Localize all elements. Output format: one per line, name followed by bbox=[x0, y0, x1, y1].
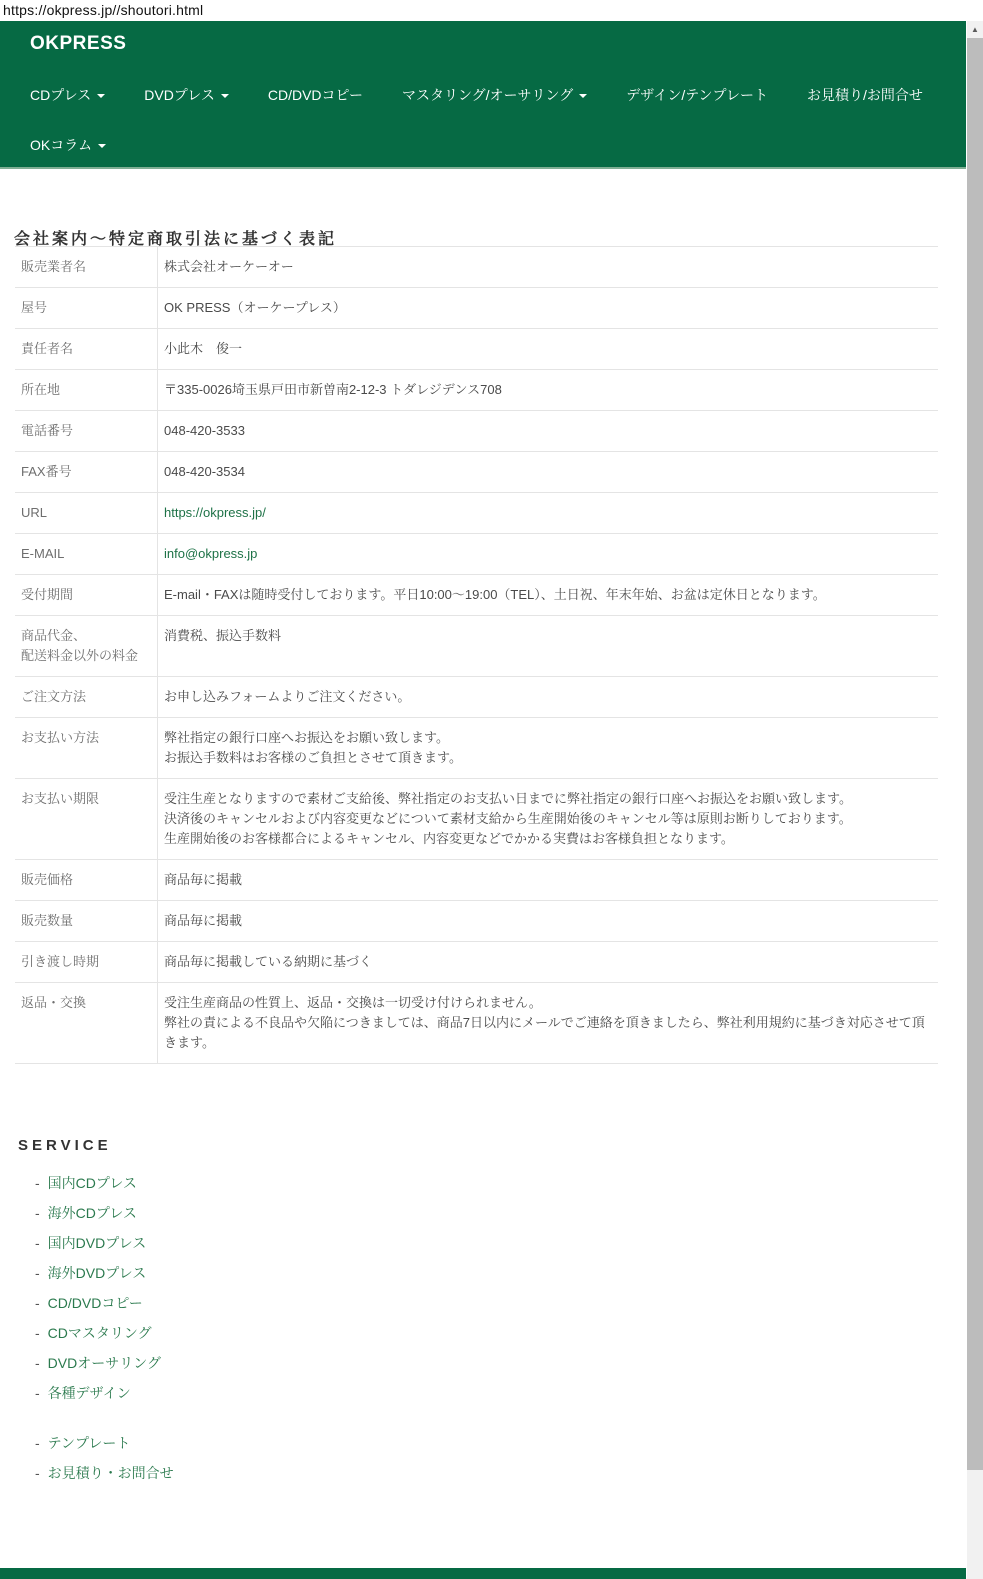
table-row: 屋号OK PRESS（オーケープレス） bbox=[15, 287, 938, 328]
row-value: 受注生産となりますので素材ご支給後、弊社指定のお支払い日までに弊社指定の銀行口座… bbox=[157, 779, 938, 859]
service-link[interactable]: お見積り・お問合せ bbox=[48, 1463, 174, 1483]
service-link[interactable]: 海外DVDプレス bbox=[48, 1263, 147, 1283]
service-link[interactable]: DVDオーサリング bbox=[48, 1353, 161, 1373]
service-group: -テンプレート-お見積り・お問合せ bbox=[35, 1428, 174, 1488]
main-nav-row1: CDプレスDVDプレスCD/DVDコピーマスタリング/オーサリングデザイン/テン… bbox=[30, 85, 923, 105]
row-value: https://okpress.jp/ bbox=[157, 493, 938, 533]
service-link[interactable]: CD/DVDコピー bbox=[48, 1293, 143, 1313]
row-value: 小此木 俊一 bbox=[157, 329, 938, 369]
service-list-item: -DVDオーサリング bbox=[35, 1348, 174, 1378]
table-row: お支払い期限受注生産となりますので素材ご支給後、弊社指定のお支払い日までに弊社指… bbox=[15, 778, 938, 859]
list-dash: - bbox=[35, 1325, 40, 1341]
row-value: 株式会社オーケーオー bbox=[157, 247, 938, 287]
service-link-list: -国内CDプレス-海外CDプレス-国内DVDプレス-海外DVDプレス-CD/DV… bbox=[35, 1168, 174, 1508]
service-list-item: -海外CDプレス bbox=[35, 1198, 174, 1228]
list-dash: - bbox=[35, 1355, 40, 1371]
table-row: URLhttps://okpress.jp/ bbox=[15, 492, 938, 533]
table-row: ご注文方法お申し込みフォームよりご注文ください。 bbox=[15, 676, 938, 717]
scrollbar-thumb[interactable] bbox=[967, 38, 983, 1470]
row-label: FAX番号 bbox=[15, 452, 157, 492]
list-dash: - bbox=[35, 1435, 40, 1451]
service-list-item: -海外DVDプレス bbox=[35, 1258, 174, 1288]
service-list-item: -お見積り・お問合せ bbox=[35, 1458, 174, 1488]
nav-item[interactable]: マスタリング/オーサリング bbox=[402, 85, 587, 105]
list-dash: - bbox=[35, 1295, 40, 1311]
row-value-link[interactable]: info@okpress.jp bbox=[164, 546, 257, 561]
row-value: info@okpress.jp bbox=[157, 534, 938, 574]
table-row: FAX番号048-420-3534 bbox=[15, 451, 938, 492]
brand-logo[interactable]: OKPRESS bbox=[30, 33, 126, 55]
row-label: お支払い期限 bbox=[15, 779, 157, 859]
service-list-item: -CD/DVDコピー bbox=[35, 1288, 174, 1318]
table-row: 受付期間E-mail・FAXは随時受付しております。平日10:00～19:00（… bbox=[15, 574, 938, 615]
list-dash: - bbox=[35, 1205, 40, 1221]
list-dash: - bbox=[35, 1175, 40, 1191]
row-value-link[interactable]: https://okpress.jp/ bbox=[164, 505, 266, 520]
row-value: 048-420-3533 bbox=[157, 411, 938, 451]
site-header: OKPRESS CDプレスDVDプレスCD/DVDコピーマスタリング/オーサリン… bbox=[0, 21, 966, 169]
row-value: 商品毎に掲載している納期に基づく bbox=[157, 942, 938, 982]
list-dash: - bbox=[35, 1235, 40, 1251]
nav-item[interactable]: CD/DVDコピー bbox=[268, 85, 363, 105]
nav-item[interactable]: DVDプレス bbox=[144, 85, 229, 105]
nav-item[interactable]: OKコラム bbox=[30, 135, 106, 155]
row-label: 電話番号 bbox=[15, 411, 157, 451]
row-label: 返品・交換 bbox=[15, 983, 157, 1063]
table-row: 責任者名小此木 俊一 bbox=[15, 328, 938, 369]
row-label: お支払い方法 bbox=[15, 718, 157, 778]
row-value: OK PRESS（オーケープレス） bbox=[157, 288, 938, 328]
caret-down-icon bbox=[221, 94, 229, 98]
company-info-table: 販売業者名株式会社オーケーオー屋号OK PRESS（オーケープレス）責任者名小此… bbox=[15, 246, 938, 1064]
table-row: 電話番号048-420-3533 bbox=[15, 410, 938, 451]
address-url-text: https://okpress.jp//shoutori.html bbox=[3, 2, 203, 18]
service-link[interactable]: 各種デザイン bbox=[48, 1383, 131, 1403]
row-label: 責任者名 bbox=[15, 329, 157, 369]
row-value: 商品毎に掲載 bbox=[157, 901, 938, 941]
row-value: お申し込みフォームよりご注文ください。 bbox=[157, 677, 938, 717]
caret-down-icon bbox=[98, 144, 106, 148]
service-list-item: -国内DVDプレス bbox=[35, 1228, 174, 1258]
row-label: E-MAIL bbox=[15, 534, 157, 574]
row-label: 商品代金、配送料金以外の料金 bbox=[15, 616, 157, 676]
service-link[interactable]: 国内DVDプレス bbox=[48, 1233, 147, 1253]
list-dash: - bbox=[35, 1385, 40, 1401]
nav-item[interactable]: CDプレス bbox=[30, 85, 105, 105]
vertical-scrollbar[interactable]: ▲ bbox=[967, 21, 983, 1579]
table-row: 引き渡し時期商品毎に掲載している納期に基づく bbox=[15, 941, 938, 982]
row-label: 引き渡し時期 bbox=[15, 942, 157, 982]
table-row: E-MAILinfo@okpress.jp bbox=[15, 533, 938, 574]
caret-down-icon bbox=[97, 94, 105, 98]
row-label: 屋号 bbox=[15, 288, 157, 328]
footer-bar bbox=[0, 1568, 966, 1579]
caret-down-icon bbox=[579, 94, 587, 98]
service-link[interactable]: 国内CDプレス bbox=[48, 1173, 137, 1193]
table-row: 販売業者名株式会社オーケーオー bbox=[15, 246, 938, 287]
list-dash: - bbox=[35, 1265, 40, 1281]
table-row: 販売数量商品毎に掲載 bbox=[15, 900, 938, 941]
service-list-item: -CDマスタリング bbox=[35, 1318, 174, 1348]
row-label: 受付期間 bbox=[15, 575, 157, 615]
service-list-item: -国内CDプレス bbox=[35, 1168, 174, 1198]
row-value: 商品毎に掲載 bbox=[157, 860, 938, 900]
service-link[interactable]: 海外CDプレス bbox=[48, 1203, 137, 1223]
row-value: 048-420-3534 bbox=[157, 452, 938, 492]
row-value: 受注生産商品の性質上、返品・交換は一切受け付けられません。弊社の責による不良品や… bbox=[157, 983, 938, 1063]
row-label: 販売業者名 bbox=[15, 247, 157, 287]
service-list-item: -各種デザイン bbox=[35, 1378, 174, 1408]
row-label: 販売数量 bbox=[15, 901, 157, 941]
main-nav-row2: OKコラム bbox=[30, 135, 106, 155]
service-link[interactable]: テンプレート bbox=[48, 1433, 131, 1453]
service-link[interactable]: CDマスタリング bbox=[48, 1323, 152, 1343]
nav-item[interactable]: デザイン/テンプレート bbox=[626, 85, 768, 105]
row-value: 弊社指定の銀行口座へお振込をお願い致します。お振込手数料はお客様のご負担とさせて… bbox=[157, 718, 938, 778]
service-heading: SERVICE bbox=[18, 1137, 112, 1154]
row-value: 消費税、振込手数料 bbox=[157, 616, 938, 676]
service-group: -国内CDプレス-海外CDプレス-国内DVDプレス-海外DVDプレス-CD/DV… bbox=[35, 1168, 174, 1408]
service-list-item: -テンプレート bbox=[35, 1428, 174, 1458]
row-value: E-mail・FAXは随時受付しております。平日10:00～19:00（TEL）… bbox=[157, 575, 938, 615]
row-value: 〒335-0026埼玉県戸田市新曽南2-12-3 トダレジデンス708 bbox=[157, 370, 938, 410]
table-row: 返品・交換受注生産商品の性質上、返品・交換は一切受け付けられません。弊社の責によ… bbox=[15, 982, 938, 1063]
scrollbar-up-arrow-icon[interactable]: ▲ bbox=[967, 21, 983, 38]
table-row: お支払い方法弊社指定の銀行口座へお振込をお願い致します。お振込手数料はお客様のご… bbox=[15, 717, 938, 778]
row-label: ご注文方法 bbox=[15, 677, 157, 717]
row-label: 販売価格 bbox=[15, 860, 157, 900]
list-dash: - bbox=[35, 1465, 40, 1481]
row-label: 所在地 bbox=[15, 370, 157, 410]
nav-item[interactable]: お見積り/お問合せ bbox=[807, 85, 923, 105]
table-row: 商品代金、配送料金以外の料金消費税、振込手数料 bbox=[15, 615, 938, 676]
table-row: 販売価格商品毎に掲載 bbox=[15, 859, 938, 900]
table-row: 所在地〒335-0026埼玉県戸田市新曽南2-12-3 トダレジデンス708 bbox=[15, 369, 938, 410]
row-label: URL bbox=[15, 493, 157, 533]
